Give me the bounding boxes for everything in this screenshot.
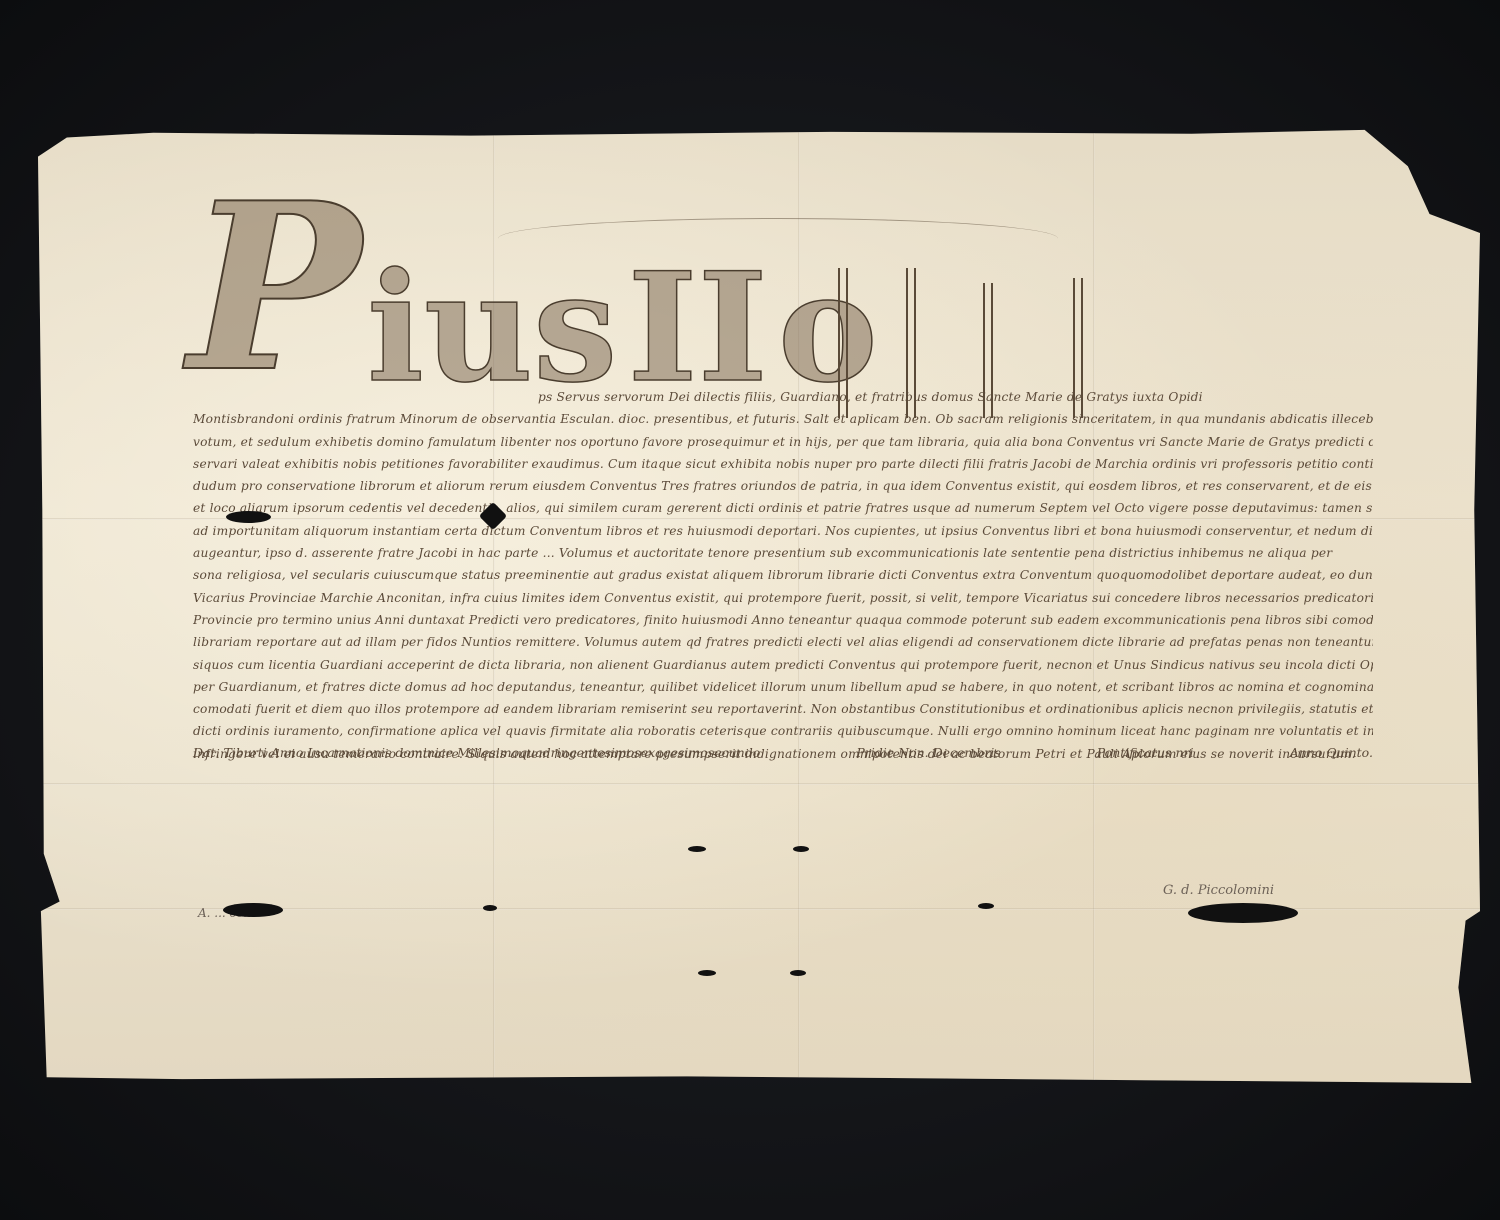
text-line: servari valeat exhibitis nobis petitione… [193,453,1373,475]
parchment-document: P ius II o ps Servus servorum Dei dilect… [38,128,1480,1083]
text-line: per Guardianum, et fratres dicte domus a… [193,676,1373,698]
damage-hole [223,903,283,917]
damage-hole [483,905,497,911]
endorsement-signature: G. d. Piccolomini [1163,883,1274,898]
damage-hole [790,970,806,976]
damage-hole [226,511,271,523]
damage-hole [688,846,706,852]
initial-p: P [188,173,357,403]
dating-pontificate: Pontificatus nri [1097,745,1194,760]
text-line: sona religiosa, vel secularis cuiuscumqu… [193,564,1373,586]
dating-date: Pridie Non. Decembris [856,745,1000,760]
text-line: ad importunitam aliquorum instantiam cer… [193,520,1373,542]
text-line: librariam reportare aut ad illam per fid… [193,631,1373,653]
initial-ii: II [627,253,767,403]
salutation-line: ps Servus servorum Dei dilectis filiis, … [193,386,1373,408]
dating-place: Dat. Tiburti Anno Incarnationis dominice… [193,745,760,760]
initial-o: o [778,253,878,403]
fold-line [38,783,1480,785]
text-line: Montisbrandoni ordinis fratrum Minorum d… [193,408,1373,430]
text-line: et loco aliarum ipsorum cedentis vel dec… [193,497,1373,519]
text-line: augeantur, ipso d. asserente fratre Jaco… [193,542,1373,564]
damage-hole [978,903,994,909]
text-line: comodati fuerit et diem quo illos protem… [193,698,1373,720]
text-line: votum, et sedulum exhibetis domino famul… [193,431,1373,453]
damage-hole [698,970,716,976]
text-line: siquos cum licentia Guardiani acceperint… [193,654,1373,676]
damage-hole [1188,903,1298,923]
decorated-initials: P ius II o [188,173,878,403]
dating-year: Anno Quinto. [1290,745,1373,760]
text-line: dudum pro conservatione librorum et alio… [193,475,1373,497]
text-line: dicti ordinis iuramento, confirmatione a… [193,720,1373,742]
text-line: Provincie pro termino unius Anni duntaxa… [193,609,1373,631]
text-line: Vicarius Provinciae Marchie Anconitan, i… [193,587,1373,609]
dating-clause: Dat. Tiburti Anno Incarnationis dominice… [193,745,1373,760]
damage-hole [793,846,809,852]
document-text: ps Servus servorum Dei dilectis filiis, … [193,386,1373,765]
initial-ius: ius [367,253,618,403]
